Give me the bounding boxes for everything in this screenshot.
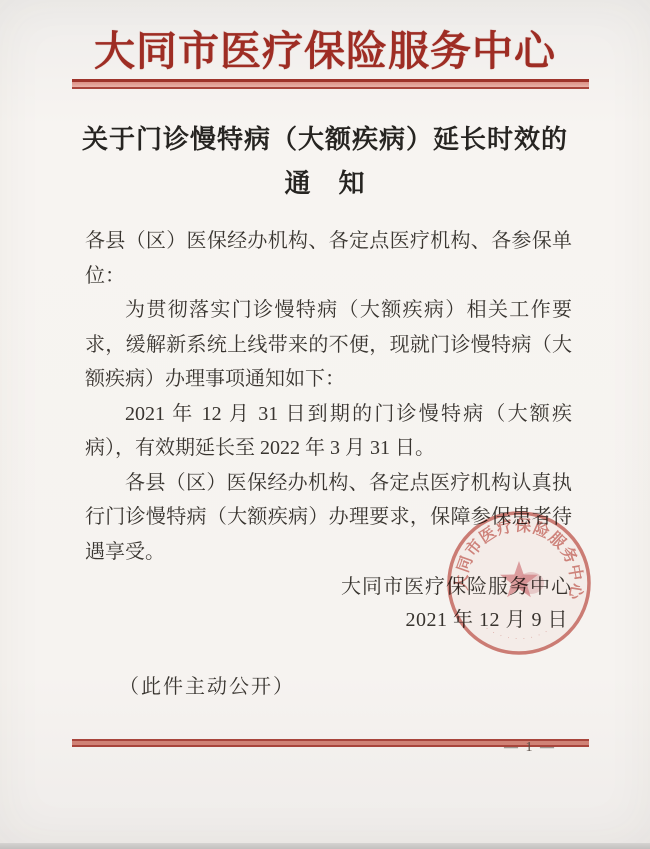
letterhead-org-name: 大同市医疗保险服务中心	[0, 18, 650, 77]
salutation: 各县（区）医保经办机构、各定点医疗机构、各参保单位：	[85, 224, 572, 293]
disclosure-note: （此件主动公开）	[119, 670, 295, 699]
document-page: 大同市医疗保险服务中心 关于门诊慢特病（大额疾病）延长时效的 通 知 各县（区）…	[0, 0, 650, 843]
signature-org-name: 大同市医疗保险服务中心	[341, 570, 572, 599]
body-paragraph: 为贯彻落实门诊慢特病（大额疾病）相关工作要求，缓解新系统上线带来的不便，现就门诊…	[85, 293, 572, 397]
document-body: 各县（区）医保经办机构、各定点医疗机构、各参保单位： 为贯彻落实门诊慢特病（大额…	[85, 224, 572, 569]
document-title-line1: 关于门诊慢特病（大额疾病）延长时效的	[0, 118, 650, 162]
document-title: 关于门诊慢特病（大额疾病）延长时效的 通 知	[0, 118, 650, 206]
body-paragraph: 2021 年 12 月 31 日到期的门诊慢特病（大额疾病），有效期延长至 20…	[85, 397, 572, 466]
letterhead-red-rule	[72, 79, 589, 89]
body-paragraph: 各县（区）医保经办机构、各定点医疗机构认真执行门诊慢特病（大额疾病）办理要求，保…	[85, 466, 572, 570]
page-number: — 1 —	[504, 740, 556, 756]
signature-date: 2021 年 12 月 9 日	[406, 603, 569, 632]
document-title-line2: 通 知	[0, 162, 650, 206]
photo-bottom-edge	[0, 843, 650, 849]
